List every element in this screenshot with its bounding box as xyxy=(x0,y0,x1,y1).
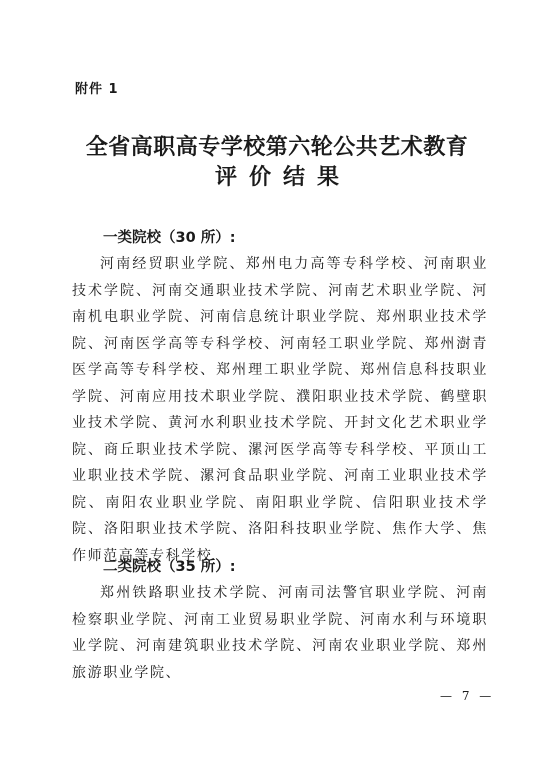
attachment-label: 附件 1 xyxy=(75,78,119,97)
section-body-tier1: 河南经贸职业学院、郑州电力高等专科学校、河南职业技术学院、河南交通职业技术学院、… xyxy=(72,251,488,569)
section-heading-tier1: 一类院校（30 所）: xyxy=(103,226,236,247)
page-number: — 7 — xyxy=(440,689,494,703)
section-heading-tier2: 二类院校（35 所）: xyxy=(103,555,236,576)
document-subtitle: 评价结果 xyxy=(0,160,554,191)
document-title: 全省高职高专学校第六轮公共艺术教育 xyxy=(0,130,554,161)
document-page: 附件 1 全省高职高专学校第六轮公共艺术教育 评价结果 一类院校（30 所）: … xyxy=(0,0,554,783)
section-body-tier2: 郑州铁路职业技术学院、河南司法警官职业学院、河南检察职业学院、河南工业贸易职业学… xyxy=(72,580,488,686)
